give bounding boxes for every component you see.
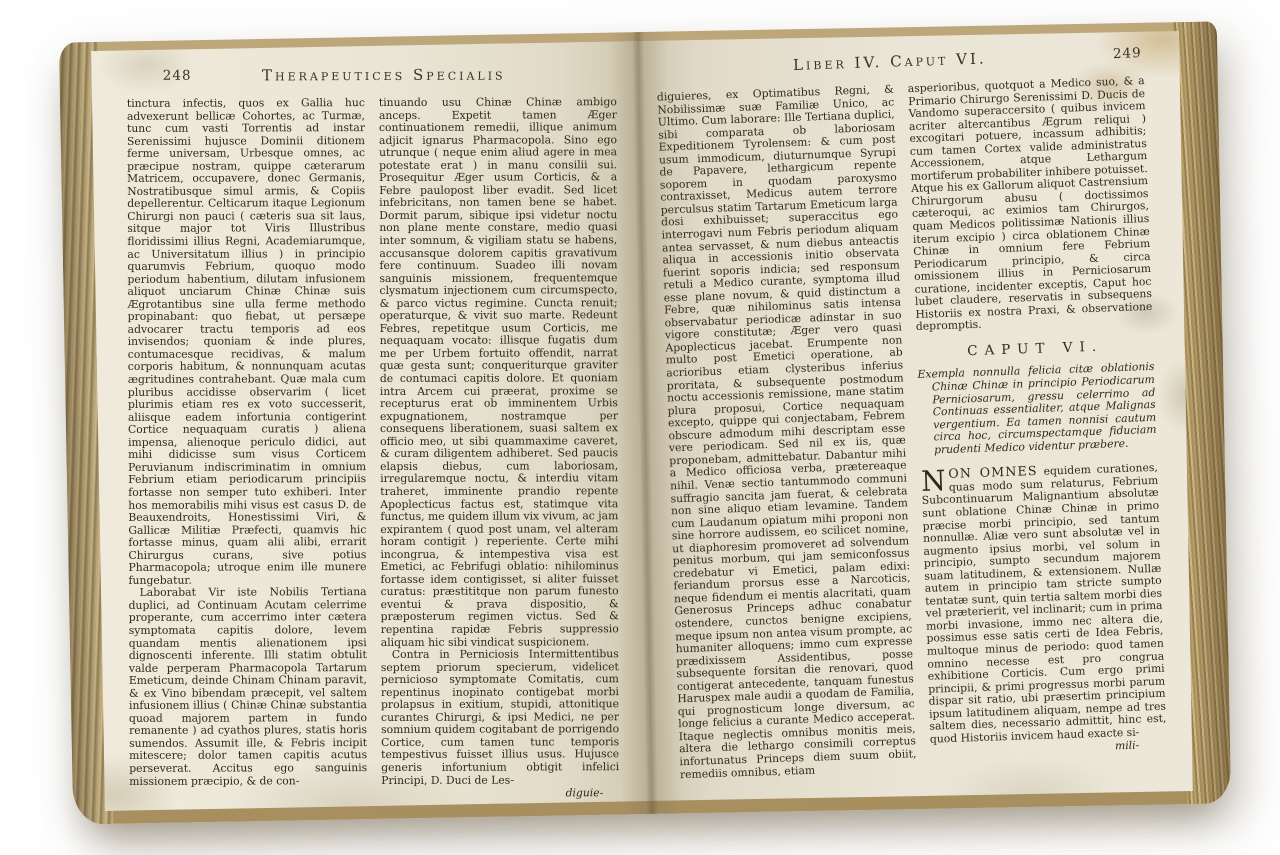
chapter-argument: Exempla nonnulla felicia citæ oblationis… (917, 361, 1157, 457)
right-page-column-2: asperioribus, quotquot a Medico suo, & a… (908, 75, 1168, 773)
text-paragraph: Contra in Perniciosis Intermittentibus s… (381, 648, 619, 787)
left-page: 248 Therapeutices Specialis tinctura inf… (91, 41, 649, 811)
right-page: Liber IV. Caput VI. 249 diguieres, ex Op… (635, 31, 1193, 801)
page-spread: 248 Therapeutices Specialis tinctura inf… (91, 31, 1193, 811)
right-page-number: 249 (1113, 45, 1142, 62)
open-book: 248 Therapeutices Specialis tinctura inf… (59, 21, 1231, 824)
left-page-header: 248 Therapeutices Specialis (127, 65, 617, 95)
paragraph-text: equidem curationes, quas modo sum relatu… (922, 461, 1167, 745)
text-paragraph: Laborabat Vir iste Nobilis Tertiana dupl… (129, 586, 368, 788)
right-running-title: Liber IV. Caput VI. (646, 44, 1134, 79)
right-page-column-1: diguieres, ex Optimatibus Regni, & Nobil… (657, 84, 917, 782)
text-paragraph: diguieres, ex Optimatibus Regni, & Nobil… (657, 84, 917, 782)
catchword: diguie- (381, 787, 619, 800)
text-paragraph: asperioribus, quotquot a Medico suo, & a… (908, 75, 1153, 334)
left-page-column-1: tinctura infectis, quos ex Gallia huc ad… (127, 97, 367, 801)
text-paragraph: tinuando usu Chinæ Chinæ ambigo anceps. … (379, 96, 619, 649)
chapter-heading: CAPUT VI. (917, 339, 1154, 360)
left-running-title: Therapeutices Specialis (139, 65, 629, 85)
left-page-column-2: tinuando usu Chinæ Chinæ ambigo anceps. … (379, 96, 619, 800)
book-page-block: 248 Therapeutices Specialis tinctura inf… (59, 21, 1231, 824)
text-paragraph: NON OMNES equidem curationes, quas modo … (921, 461, 1167, 746)
text-paragraph: tinctura infectis, quos ex Gallia huc ad… (127, 97, 367, 587)
drop-cap-initial: N (921, 468, 949, 493)
